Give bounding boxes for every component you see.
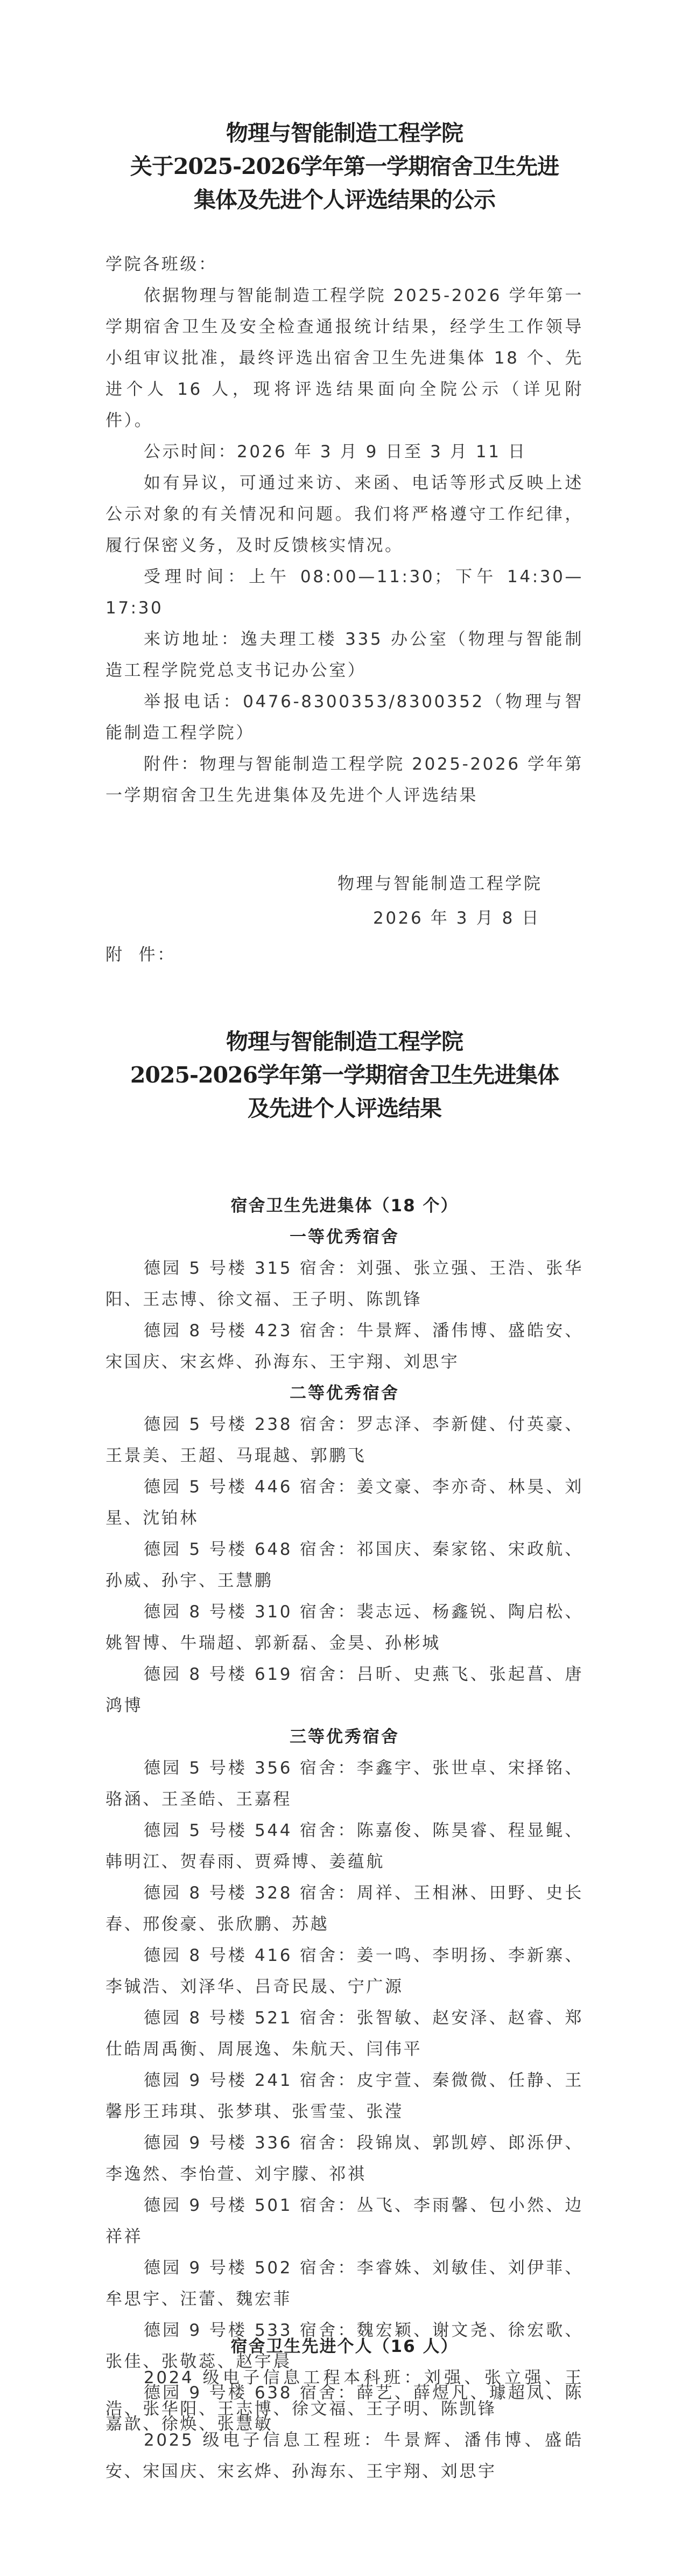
- dorm-entry: 德园 9 号楼 502 宿舍：李睿姝、刘敏佳、刘伊菲、牟思宇、汪蕾、魏宏菲: [106, 2252, 583, 2315]
- dorm-room: 德园 8 号楼 423 宿舍：: [144, 1321, 357, 1341]
- dorm-room: 德园 5 号楼 446 宿舍：: [144, 1477, 357, 1497]
- dorm-entry: 德园 9 号楼 336 宿舍：段锦岚、郭凯婷、郎泺伊、李逸然、李怡萱、刘宇朦、祁…: [106, 2127, 583, 2190]
- dorm-entry: 德园 5 号楼 648 宿舍：祁国庆、秦家铭、宋政航、孙威、孙宇、王慧鹏: [106, 1534, 583, 1596]
- dorm-entry: 德园 8 号楼 310 宿舍：裴志远、杨鑫锐、陶启松、姚智博、牛瑞超、郭新磊、金…: [106, 1596, 583, 1659]
- notice-title-line: 物理与智能制造工程学院: [106, 116, 583, 150]
- notice-paragraph: 如有异议，可通过来访、来函、电话等形式反映上述公示对象的有关情况和问题。我们将严…: [106, 467, 583, 561]
- class-entry: 2025 级电子信息工程班：牛景辉、潘伟博、盛皓安、宋国庆、宋玄烨、孙海东、王宇…: [106, 2425, 583, 2487]
- document-page: 物理与智能制造工程学院 关于2025-2026学年第一学期宿舍卫生先进 集体及先…: [0, 0, 689, 2576]
- dorm-entry: 德园 9 号楼 241 宿舍：皮宇萱、秦微微、任静、王馨彤王玮琪、张梦琪、张雪莹…: [106, 2065, 583, 2127]
- dorm-entry: 德园 5 号楼 446 宿舍：姜文豪、李亦奇、林昊、刘星、沈铂林: [106, 1471, 583, 1534]
- class-entry: 2024 级电子信息工程本科班：刘强、张立强、王浩、张华阳、王志博、徐文福、王子…: [106, 2362, 583, 2425]
- office-hours: 受理时间：上午 08:00—11:30；下午 14:30—17:30: [106, 561, 583, 624]
- salutation: 学院各班级：: [106, 249, 583, 280]
- grade-heading-first: 一等优秀宿舍: [106, 1221, 583, 1253]
- attachment-title-line: 2025-2026学年第一学期宿舍卫生先进集体: [106, 1058, 583, 1092]
- class-name: 2025 级电子信息工程班：: [144, 2431, 384, 2450]
- dorm-room: 德园 5 号楼 544 宿舍：: [144, 1821, 357, 1840]
- collective-section: 宿舍卫生先进集体（18 个） 一等优秀宿舍 德园 5 号楼 315 宿舍：刘强、…: [106, 1190, 583, 2440]
- attachment-title-line: 及先进个人评选结果: [106, 1092, 583, 1125]
- signature-org: 物理与智能制造工程学院: [338, 868, 543, 899]
- attachment-title-line: 物理与智能制造工程学院: [106, 1025, 583, 1058]
- dorm-entry: 德园 9 号楼 501 宿舍：丛飞、李雨馨、包小然、边祥祥: [106, 2190, 583, 2252]
- notice-title-line: 集体及先进个人评选结果的公示: [106, 183, 583, 217]
- grade-heading-second: 二等优秀宿舍: [106, 1378, 583, 1409]
- visit-address: 来访地址：逸夫理工楼 335 办公室（物理与智能制造工程学院党总支书记办公室）: [106, 624, 583, 686]
- collective-heading: 宿舍卫生先进集体（18 个）: [106, 1190, 583, 1221]
- dorm-entry: 德园 8 号楼 416 宿舍：姜一鸣、李明扬、李新寨、李铖浩、刘泽华、吕奇民晟、…: [106, 1940, 583, 2002]
- dorm-entry: 德园 5 号楼 356 宿舍：李鑫宇、张世卓、宋择铭、骆涵、王圣皓、王嘉程: [106, 1753, 583, 1815]
- dorm-room: 德园 9 号楼 501 宿舍：: [144, 2196, 357, 2215]
- notice-title: 物理与智能制造工程学院 关于2025-2026学年第一学期宿舍卫生先进 集体及先…: [106, 116, 583, 217]
- class-name: 2024 级电子信息工程本科班：: [144, 2368, 424, 2387]
- dorm-room: 德园 5 号楼 356 宿舍：: [144, 1758, 357, 1778]
- dorm-room: 德园 8 号楼 416 宿舍：: [144, 1946, 357, 1965]
- dorm-entry: 德园 5 号楼 544 宿舍：陈嘉俊、陈昊睿、程显鲲、韩明江、贺春雨、贾舜博、姜…: [106, 1815, 583, 1877]
- individual-heading: 宿舍卫生先进个人（16 人）: [106, 2331, 583, 2362]
- dorm-room: 德园 9 号楼 336 宿舍：: [144, 2133, 357, 2153]
- dorm-entry: 德园 8 号楼 619 宿舍：吕昕、史燕飞、张起菖、唐鸿博: [106, 1659, 583, 1721]
- grade-heading-third: 三等优秀宿舍: [106, 1721, 583, 1753]
- dorm-entry: 德园 5 号楼 238 宿舍：罗志泽、李新健、付英豪、王景美、王超、马琨越、郭鹏…: [106, 1409, 583, 1471]
- dorm-entry: 德园 8 号楼 423 宿舍：牛景辉、潘伟博、盛皓安、宋国庆、宋玄烨、孙海东、王…: [106, 1315, 583, 1378]
- notice-body: 学院各班级： 依据物理与智能制造工程学院 2025-2026 学年第一学期宿舍卫…: [106, 249, 583, 811]
- dorm-room: 德园 8 号楼 310 宿舍：: [144, 1602, 357, 1622]
- dorm-entry: 德园 8 号楼 328 宿舍：周祥、王相淋、田野、史长春、邢俊豪、张欣鹏、苏越: [106, 1877, 583, 1940]
- dorm-room: 德园 5 号楼 238 宿舍：: [144, 1415, 357, 1434]
- report-phone: 举报电话：0476-8300353/8300352（物理与智能制造工程学院）: [106, 686, 583, 749]
- dorm-room: 德园 5 号楼 315 宿舍：: [144, 1259, 357, 1278]
- dorm-room: 德园 8 号楼 619 宿舍：: [144, 1665, 357, 1684]
- attachment-title: 物理与智能制造工程学院 2025-2026学年第一学期宿舍卫生先进集体 及先进个…: [106, 1025, 583, 1125]
- notice-paragraph: 依据物理与智能制造工程学院 2025-2026 学年第一学期宿舍卫生及安全检查通…: [106, 280, 583, 436]
- dorm-room: 德园 9 号楼 241 宿舍：: [144, 2071, 357, 2090]
- dorm-entry: 德园 5 号楼 315 宿舍：刘强、张立强、王浩、张华阳、王志博、徐文福、王子明…: [106, 1253, 583, 1315]
- signature-date: 2026 年 3 月 8 日: [373, 903, 540, 934]
- attachment-label: 附 件：: [106, 939, 176, 971]
- dorm-room: 德园 9 号楼 502 宿舍：: [144, 2258, 357, 2278]
- individual-section: 宿舍卫生先进个人（16 人） 2024 级电子信息工程本科班：刘强、张立强、王浩…: [106, 2331, 583, 2487]
- publicity-period: 公示时间：2026 年 3 月 9 日至 3 月 11 日: [106, 436, 583, 467]
- notice-title-line: 关于2025-2026学年第一学期宿舍卫生先进: [106, 150, 583, 183]
- dorm-room: 德园 8 号楼 521 宿舍：: [144, 2008, 357, 2028]
- dorm-entry: 德园 8 号楼 521 宿舍：张智敏、赵安泽、赵睿、郑仕皓周禹衡、周展逸、朱航天…: [106, 2002, 583, 2065]
- attachment-note: 附件：物理与智能制造工程学院 2025-2026 学年第一学期宿舍卫生先进集体及…: [106, 749, 583, 811]
- dorm-room: 德园 5 号楼 648 宿舍：: [144, 1540, 357, 1559]
- dorm-room: 德园 8 号楼 328 宿舍：: [144, 1883, 357, 1903]
